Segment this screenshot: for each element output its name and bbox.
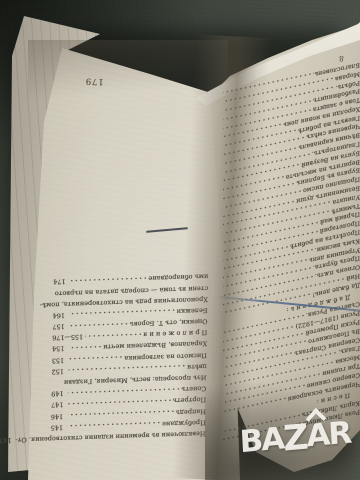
dot-leader [68, 421, 160, 428]
dot-leader [69, 356, 123, 362]
toc-title: Бележки [176, 306, 207, 315]
toc-page-number: 149 [51, 390, 66, 399]
dot-leader [68, 410, 174, 418]
dot-leader [70, 276, 146, 283]
watermark-letter-a1: A [260, 421, 284, 458]
dot-leader [68, 399, 171, 407]
watermark-letter-z: Z [282, 418, 307, 460]
dot-leader [69, 365, 185, 373]
toc-page-number: 146 [51, 412, 66, 421]
toc-page-number: 155—176 [52, 333, 83, 342]
dot-leader [68, 387, 179, 395]
pencil-mark [350, 392, 357, 393]
toc-title: Сонетъ [181, 385, 206, 394]
toc-page-number: 164 [53, 311, 68, 320]
toc-page-number: 143—154 [0, 436, 12, 445]
toc-title: цвѣтя [187, 362, 207, 371]
toc-page-number: 152 [52, 367, 67, 376]
printed-page-number-178-partial: 8 [339, 54, 344, 63]
toc-title: Напредъ [176, 407, 206, 416]
toc-title: Портретъ [173, 396, 206, 405]
dot-leader [53, 380, 61, 384]
dot-leader [69, 345, 101, 350]
toc-block-page-178: Роза Люксембургъ. Карлъ Либкнехтъ П е с … [221, 61, 360, 444]
toc-page-number: 157 [52, 322, 67, 331]
bazar-watermark: BAZAR [239, 411, 360, 480]
pencil-mark [350, 293, 357, 294]
toc-page-number: 153 [52, 356, 67, 365]
dot-leader [85, 333, 141, 339]
watermark-letter-r: R [327, 415, 351, 452]
toc-page-number: 147 [51, 401, 66, 410]
dot-leader [69, 322, 127, 328]
toc-page-number: 145 [51, 423, 66, 432]
watermark-letter-a2: A [306, 417, 330, 454]
dot-leader [70, 309, 175, 317]
book-photo: Невключени въ временни издания стихотвор… [0, 0, 360, 480]
toc-block-page-179: Невключени въ временни издания стихотвор… [50, 259, 215, 443]
watermark-letter-b: B [239, 423, 262, 460]
printed-page-number-179: 179 [85, 76, 104, 87]
toc-page-number: 174 [53, 278, 68, 287]
toc-page-number: 154 [52, 345, 67, 354]
toc-title: Пробуждане [162, 418, 206, 428]
